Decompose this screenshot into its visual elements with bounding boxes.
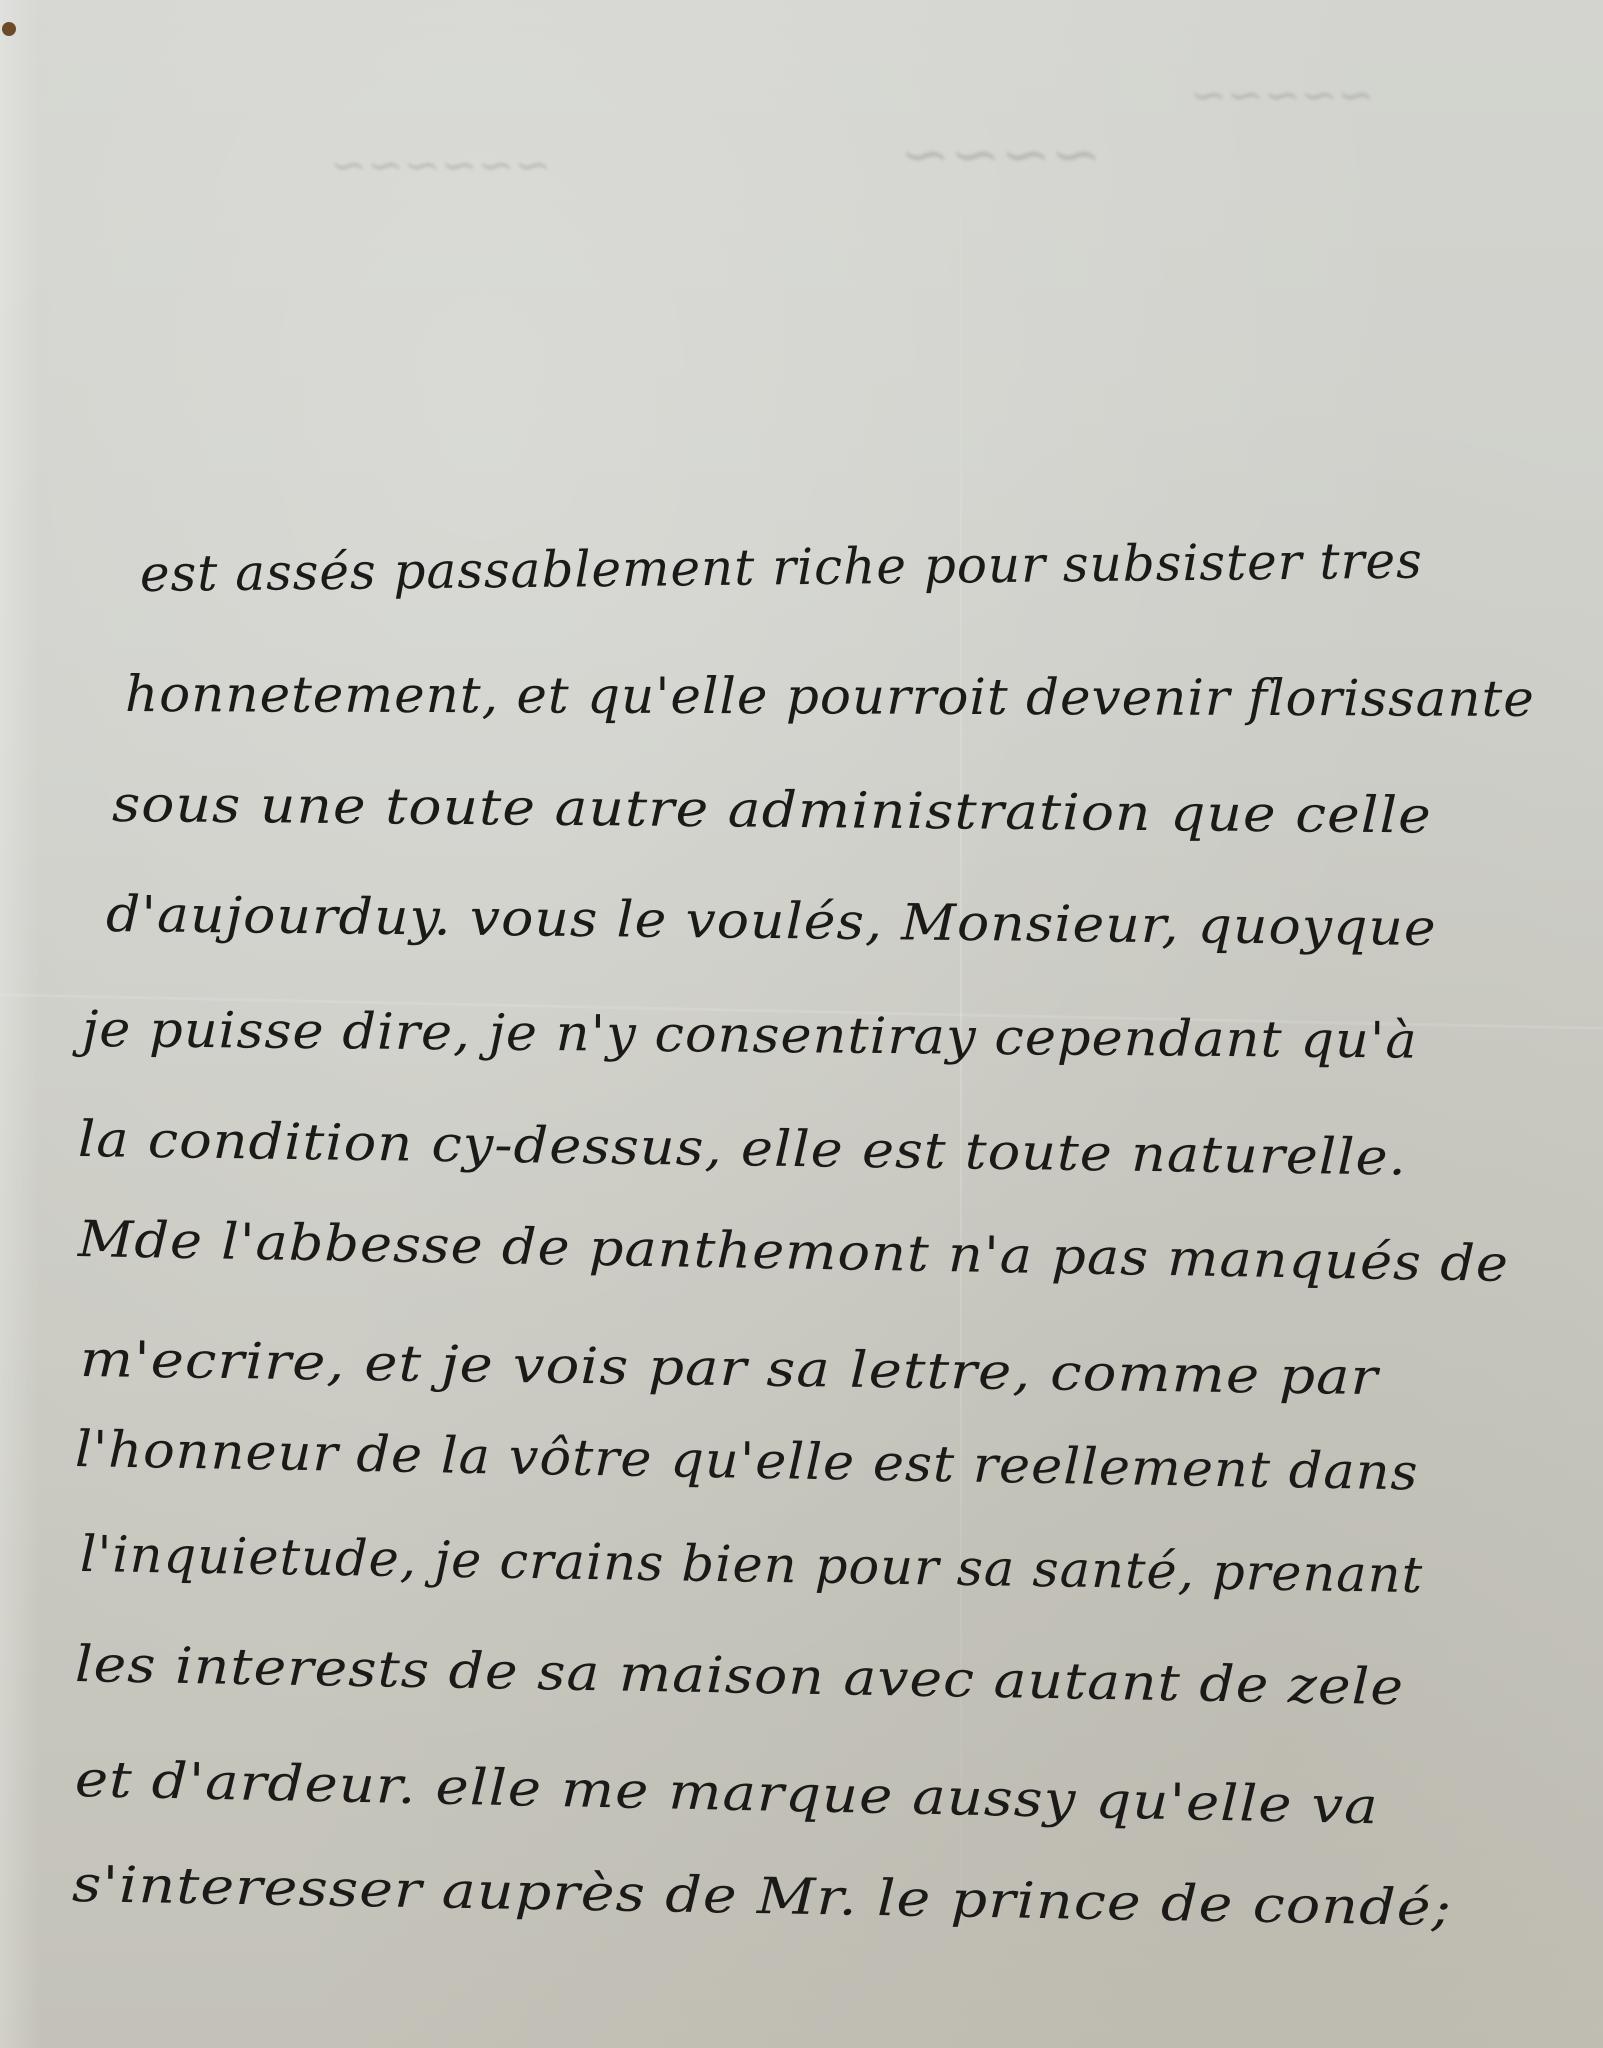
letter-line: d'aujourduy. vous le voulés, Monsieur, q… <box>106 885 1437 957</box>
letter-line: s'interesser auprès de Mr. le prince de … <box>71 1855 1452 1937</box>
letter-line: est assés passablement riche pour subsis… <box>140 532 1423 603</box>
letter-line: les interests de sa maison avec autant d… <box>74 1635 1404 1716</box>
letter-line: et d'ardeur. elle me marque aussy qu'ell… <box>74 1750 1379 1835</box>
letter-body: est assés passablement riche pour subsis… <box>0 0 1603 2048</box>
letter-line: m'ecrire, et je vois par sa lettre, comm… <box>80 1330 1379 1406</box>
letter-line: l'inquietude, je crains bien pour sa san… <box>80 1525 1424 1604</box>
letter-line: Mde l'abbesse de panthemont n'a pas manq… <box>77 1210 1509 1293</box>
letter-page: ~~~~~ ~~~~ ~~~~~~ est assés passablement… <box>0 0 1603 2048</box>
letter-line: je puisse dire, je n'y consentiray cepen… <box>82 1000 1418 1070</box>
letter-line: la condition cy-dessus, elle est toute n… <box>78 1110 1408 1187</box>
letter-line: sous une toute autre administration que … <box>112 775 1432 845</box>
letter-line: l'honneur de la vôtre qu'elle est reelle… <box>74 1420 1419 1501</box>
letter-line: honnetement, et qu'elle pourroit devenir… <box>125 665 1535 728</box>
